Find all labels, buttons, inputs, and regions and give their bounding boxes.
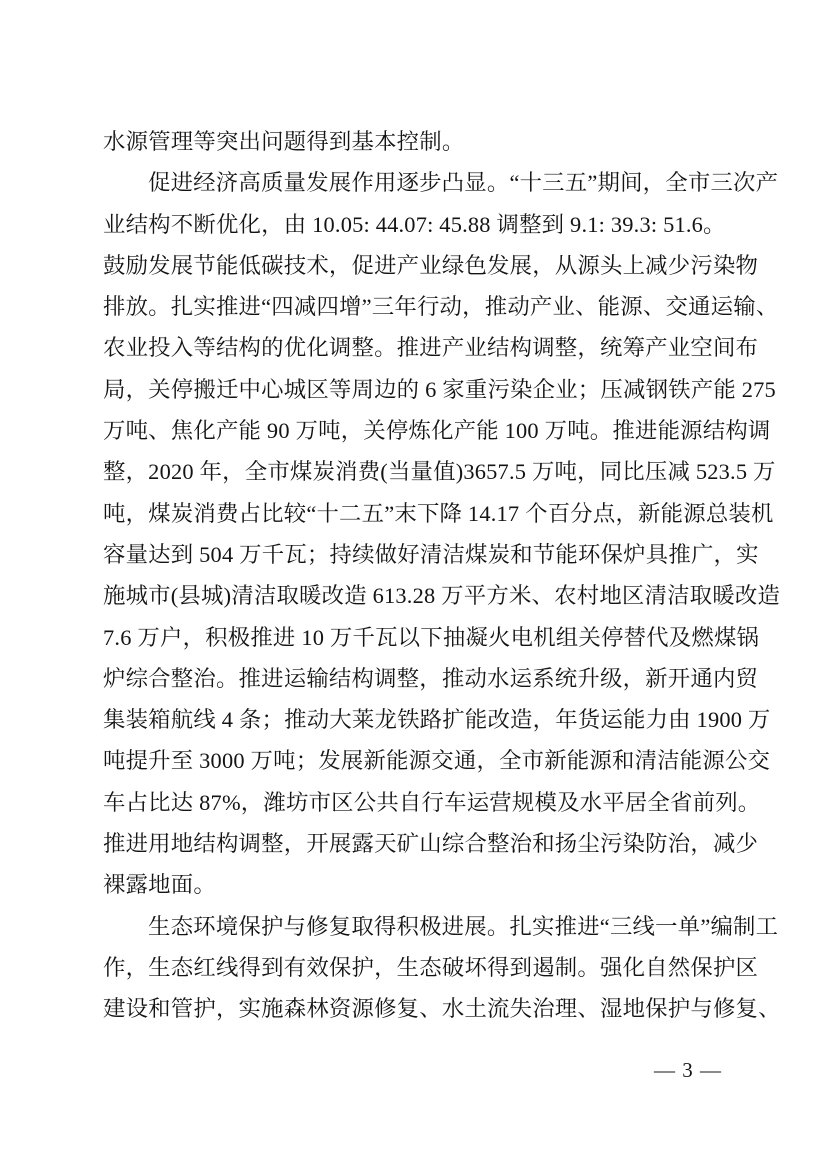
text-line: 容量达到 504 万千瓦；持续做好清洁煤炭和节能环保炉具推广，实 bbox=[103, 534, 723, 575]
text-line: 车占比达 87%，潍坊市区公共自行车运营规模及水平居全省前列。 bbox=[103, 782, 723, 823]
page-number: — 3 — bbox=[602, 1056, 722, 1084]
text-line: 施城市(县城)清洁取暖改造 613.28 万平方米、农村地区清洁取暖改造 bbox=[103, 575, 723, 616]
text-line: 7.6 万户，积极推进 10 万千瓦以下抽凝火电机组关停替代及燃煤锅 bbox=[103, 617, 723, 658]
text-line: 整，2020 年，全市煤炭消费(当量值)3657.5 万吨，同比压减 523.5… bbox=[103, 451, 723, 492]
text-line: 局，关停搬迁中心城区等周边的 6 家重污染企业；压减钢铁产能 275 bbox=[103, 369, 723, 410]
text-line: 农业投入等结构的优化调整。推进产业结构调整，统筹产业空间布 bbox=[103, 327, 723, 368]
text-line: 生态环境保护与修复取得积极进展。扎实推进“三线一单”编制工 bbox=[103, 906, 723, 947]
text-line: 万吨、焦化产能 90 万吨，关停炼化产能 100 万吨。推进能源结构调 bbox=[103, 410, 723, 451]
text-line: 鼓励发展节能低碳技术，促进产业绿色发展，从源头上减少污染物 bbox=[103, 245, 723, 286]
text-line: 炉综合整治。推进运输结构调整，推动水运系统升级，新开通内贸 bbox=[103, 658, 723, 699]
text-line: 排放。扎实推进“四减四增”三年行动，推动产业、能源、交通运输、 bbox=[103, 286, 723, 327]
text-line: 吨，煤炭消费占比较“十二五”末下降 14.17 个百分点，新能源总装机 bbox=[103, 493, 723, 534]
text-line: 建设和管护，实施森林资源修复、水土流失治理、湿地保护与修复、 bbox=[103, 988, 723, 1029]
text-line: 集装箱航线 4 条；推动大莱龙铁路扩能改造，年货运能力由 1900 万 bbox=[103, 699, 723, 740]
text-line: 作，生态红线得到有效保护，生态破坏得到遏制。强化自然保护区 bbox=[103, 947, 723, 988]
document-body: 水源管理等突出问题得到基本控制。 促进经济高质量发展作用逐步凸显。“十三五”期间… bbox=[103, 121, 723, 1030]
document-page: 水源管理等突出问题得到基本控制。 促进经济高质量发展作用逐步凸显。“十三五”期间… bbox=[0, 0, 826, 1169]
text-line: 吨提升至 3000 万吨；发展新能源交通，全市新能源和清洁能源公交 bbox=[103, 740, 723, 781]
text-line: 促进经济高质量发展作用逐步凸显。“十三五”期间，全市三次产 bbox=[103, 162, 723, 203]
text-line: 推进用地结构调整，开展露天矿山综合整治和扬尘污染防治，减少 bbox=[103, 823, 723, 864]
text-line: 裸露地面。 bbox=[103, 864, 723, 905]
text-line: 业结构不断优化，由 10.05: 44.07: 45.88 调整到 9.1: 3… bbox=[103, 204, 723, 245]
text-line: 水源管理等突出问题得到基本控制。 bbox=[103, 121, 723, 162]
